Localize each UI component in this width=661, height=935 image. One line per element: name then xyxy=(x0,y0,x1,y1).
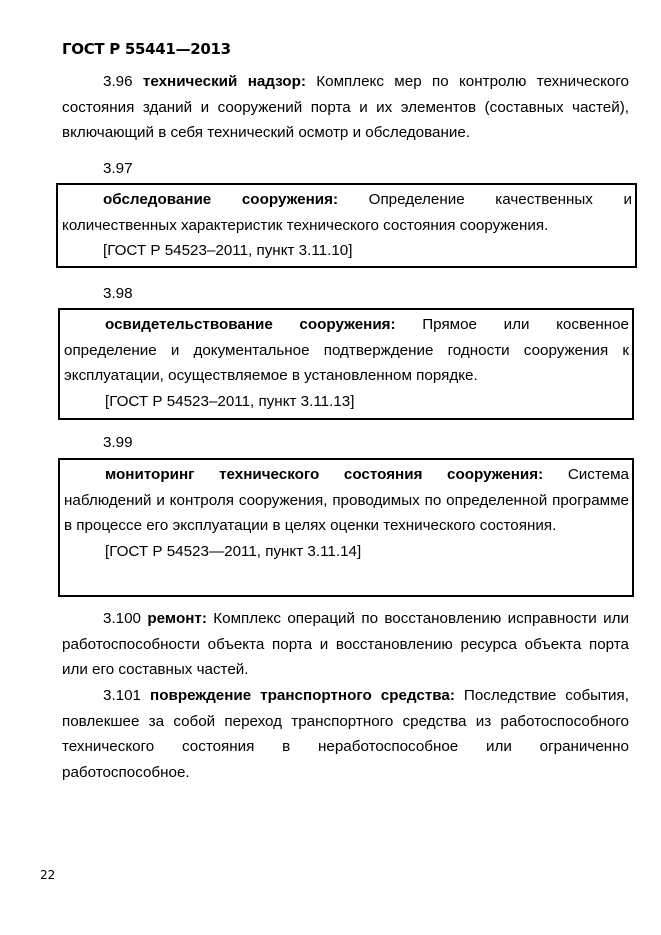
entry-number: 3.96 xyxy=(103,73,133,90)
entry-term: ремонт: xyxy=(147,610,207,627)
entry-term: обследование сооружения: xyxy=(103,191,338,208)
entry-number: 3.100 xyxy=(103,610,141,627)
entry-citation: [ГОСТ Р 54523–2011, пункт 3.11.13] xyxy=(64,389,629,415)
entry-number-3-99: 3.99 xyxy=(103,434,133,451)
entry-3-97-box: обследование сооружения: Определение кач… xyxy=(56,183,637,268)
page-number: 22 xyxy=(40,868,55,882)
document-header: ГОСТ Р 55441—2013 xyxy=(62,40,231,58)
entry-number-3-97: 3.97 xyxy=(103,160,133,177)
entry-term: мониторинг технического состояния сооруж… xyxy=(105,466,543,483)
entry-3-100: 3.100 ремонт: Комплекс операций по восст… xyxy=(62,606,629,683)
entry-term: технический надзор: xyxy=(143,73,306,90)
entry-number: 3.101 xyxy=(103,687,141,704)
entry-term: освидетельствование сооружения: xyxy=(105,316,396,333)
entry-3-101: 3.101 повреждение транспортного средства… xyxy=(62,683,629,785)
entry-term: повреждение транспортного средства: xyxy=(150,687,455,704)
entry-number-3-98: 3.98 xyxy=(103,285,133,302)
entry-3-99-box: мониторинг технического состояния сооруж… xyxy=(58,458,634,597)
entry-3-96: 3.96 технический надзор: Комплекс мер по… xyxy=(62,69,629,146)
entry-citation: [ГОСТ Р 54523–2011, пункт 3.11.10] xyxy=(62,238,632,264)
entry-3-98-box: освидетельствование сооружения: Прямое и… xyxy=(58,308,634,420)
entry-citation: [ГОСТ Р 54523—2011, пункт 3.11.14] xyxy=(64,539,629,565)
